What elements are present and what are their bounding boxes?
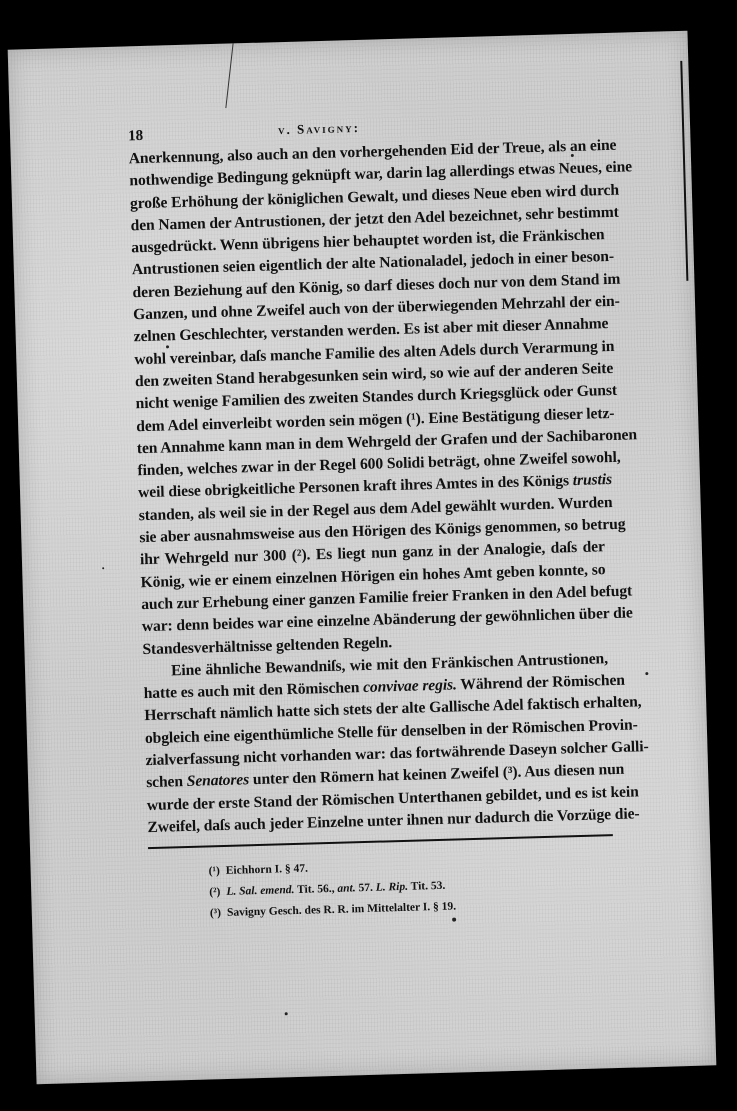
- body-text: Anerkennung, also auch an den vorhergehe…: [128, 135, 612, 839]
- scanned-page-view: 18 v. Savigny: Anerkennung, also auch an…: [0, 0, 737, 1111]
- crease-mark: [225, 43, 233, 108]
- book-page: 18 v. Savigny: Anerkennung, also auch an…: [8, 31, 717, 1085]
- italic-term: trustis: [573, 471, 613, 489]
- footnote-marker: (²): [209, 886, 220, 898]
- footnote-marker: (³): [210, 907, 221, 919]
- footnote-text: Eichhorn I. § 47.: [226, 863, 308, 877]
- paper-speck: [452, 918, 456, 922]
- page-number: 18: [128, 128, 143, 145]
- footnote-italic: L. Sal. emend.: [226, 884, 294, 898]
- footnote-marker: (¹): [209, 865, 220, 877]
- footnote-text: Tit. 56.,: [294, 883, 337, 896]
- footnote-italic: ant.: [337, 883, 356, 896]
- text-run: schen: [146, 773, 183, 791]
- footnotes: (¹)Eichhorn I. § 47. (²)L. Sal. emend. T…: [148, 850, 615, 926]
- italic-term: convivae regis.: [363, 677, 457, 697]
- page-content: 18 v. Savigny: Anerkennung, also auch an…: [128, 111, 615, 926]
- page-edge-shadow: [680, 61, 688, 281]
- footnote-text: Savigny Gesch. des R. R. im Mittelalter …: [227, 901, 456, 919]
- text-run: Während der Römischen: [460, 672, 625, 694]
- footnote-text: 57.: [355, 882, 375, 895]
- footnote-italic: L. Rip.: [376, 881, 409, 894]
- running-title: v. Savigny:: [278, 120, 360, 138]
- footnote-text: Tit. 53.: [408, 880, 446, 893]
- italic-term: Senatores: [187, 772, 250, 791]
- paper-speck: [645, 672, 648, 675]
- text-run: hatte es auch mit den Römischen: [143, 679, 359, 702]
- paper-speck: [285, 1012, 288, 1015]
- paper-speck: [102, 567, 104, 569]
